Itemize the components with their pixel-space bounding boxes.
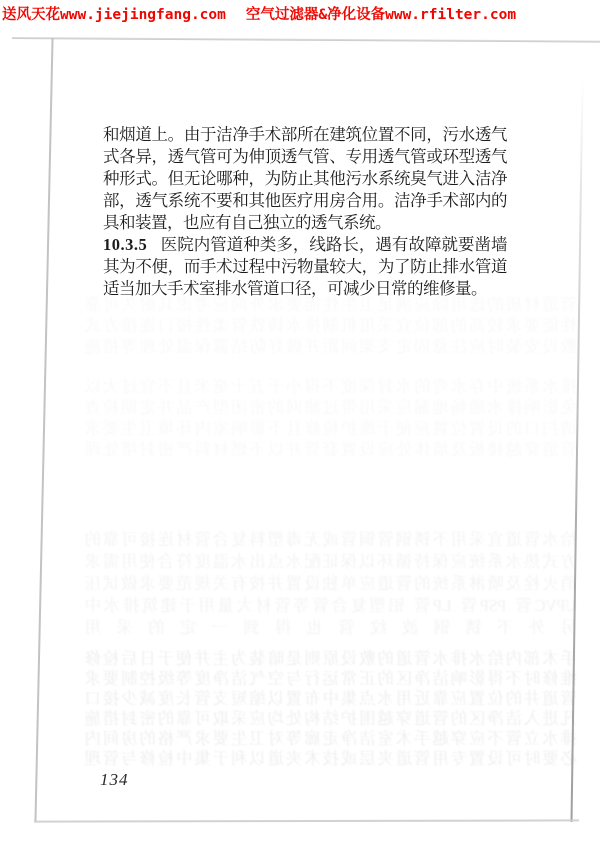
bleedthrough-text-block: 给水管道宜采用不锈钢管铜管或无毒塑料复合管材连接可靠的 方式热水系统应保持循环以… [85,529,577,639]
body-text: 和烟道上。由于洁净手术部所在建筑位置不同，污水透气系统形 式各异，透气管可为伸顶… [103,124,507,300]
watermark-header: 送风天花www.jiejingfang.com空气过滤器&净化设备www.rfi… [2,3,598,23]
bleedthrough-text-block: 排水系统中存水弯的水封深度不得小于五十毫米且不宜过大以 免影响排水通畅地漏应采用… [85,376,577,460]
section-line: 其为不便，而手术过程中污物量较大，为了防止排水管道堵塞， [103,256,507,278]
bleedthrough-text-block: 手术部内给水排水管道的敷设原则是暗装为主并便于日后检修 维修时不得影响洁净区的正… [85,649,577,769]
paragraph1-line: 具和装置，也应有自己独立的透气系统。 [103,212,507,234]
section-heading-line: 10.3.5医院内管道种类多，线路长，遇有故障就要凿墙断壁， [103,234,507,256]
section-number: 10.3.5 [103,235,147,254]
watermark-right-url: 空气过滤器&净化设备www.rfilter.com [246,7,516,23]
scan-edge-right [570,80,583,822]
paragraph1-line: 部，透气系统不要和其他医疗用房合用。洁净手术部内的卫生器 [103,190,507,212]
scan-edge-left [34,38,53,822]
paragraph1-line: 种形式。但无论哪种，为防止其他污水系统臭气进入洁净手术 [103,168,507,190]
scan-edge-bottom [34,819,579,822]
scanned-book-page: { "header": { "left_text": "送风天花www.jiej… [0,0,600,849]
paragraph1-line: 和烟道上。由于洁净手术部所在建筑位置不同，污水透气系统形 [103,124,507,146]
watermark-left-url: 送风天花www.jiejingfang.com [2,7,226,23]
paragraph1-line: 式各异，透气管可为伸顶透气管、专用透气管或环型透气管等多 [103,146,507,168]
section-line: 医院内管道种类多，线路长，遇有故障就要凿墙断壁， [103,235,507,256]
section-line: 适当加大手术室排水管道口径，可减少日常的维修量。 [103,278,507,300]
page-number: 134 [100,770,129,790]
scan-edge-top [12,37,600,43]
bleedthrough-text-block: 管道材质的选用除应满足卫生性能要求外尚应考虑其耐久可靠 性能要求较高的部位宜采用… [85,294,577,357]
